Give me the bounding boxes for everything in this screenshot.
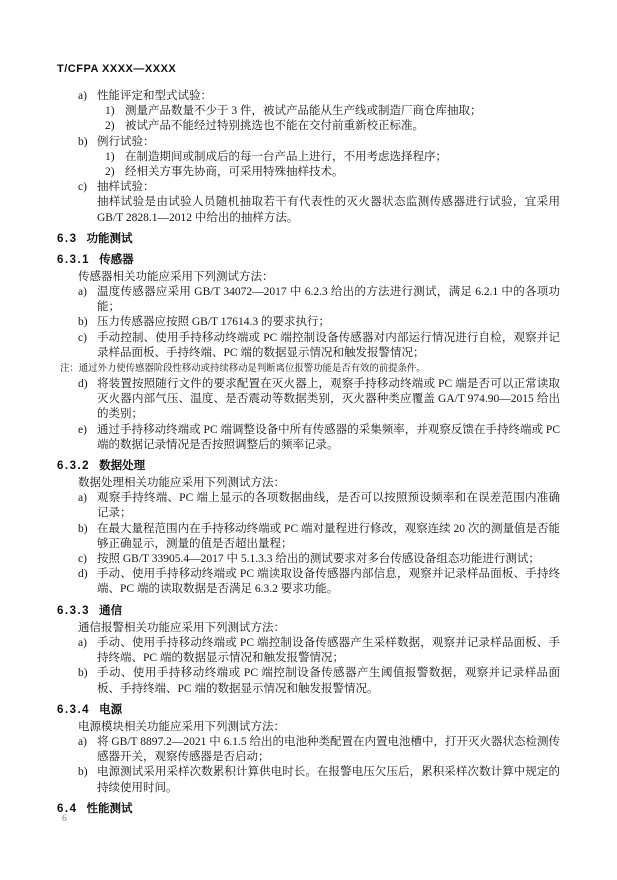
list-text: 手动、使用手持移动终端或 PC 端控制设备传感器产生采样数据，观察并记录样品面板…	[97, 636, 560, 666]
list-marker: d)	[78, 567, 97, 597]
list-marker: b)	[78, 315, 97, 330]
subsection-heading: 6.3.4电源	[57, 702, 560, 718]
section-heading: 6.4性能测试	[57, 801, 560, 817]
list-item: b)例行试验：	[57, 135, 560, 150]
section-heading: 6.3功能测试	[57, 231, 560, 247]
list-text: 通过手持移动终端或 PC 端调整设备中所有传感器的采集频率，并观察反馈在手持终端…	[97, 423, 560, 453]
subsection-heading: 6.3.2数据处理	[57, 458, 560, 474]
list-text: 经相关方事先协商，可采用特殊抽样技术。	[125, 165, 560, 180]
page-number: 6	[62, 814, 67, 824]
list-marker: c)	[78, 180, 97, 195]
list-item: b)电源测试采用采样次数累积计算供电时长。在报警电压欠压后，累积采样次数计算中规…	[57, 765, 560, 795]
list-item: a)手动、使用手持移动终端或 PC 端控制设备传感器产生采样数据，观察并记录样品…	[57, 636, 560, 666]
subsection-heading: 6.3.3通信	[57, 603, 560, 619]
section-title: 通信	[99, 605, 122, 617]
running-header: T/CFPA XXXX—XXXX	[57, 63, 176, 75]
list-item: a)温度传感器应采用 GB/T 34072—2017 中 6.2.3 给出的方法…	[57, 285, 560, 315]
list-text: 压力传感器应按照 GB/T 17614.3 的要求执行；	[97, 315, 560, 330]
list-text: 在制造期间或制成后的每一台产品上进行，不用考虑选择程序；	[125, 150, 560, 165]
list-text: 观察手持终端、PC 端上显示的各项数据曲线，是否可以按照预设频率和在误差范围内准…	[97, 491, 560, 521]
list-text: 手动控制、使用手持移动终端或 PC 端控制设备传感器对内部运行情况进行自检，观察…	[97, 331, 560, 361]
list-marker: b)	[78, 135, 97, 150]
section-number: 6.4	[57, 803, 78, 815]
list-text: 温度传感器应采用 GB/T 34072—2017 中 6.2.3 给出的方法进行…	[97, 285, 560, 315]
sub-list-item: 1)在制造期间或制成后的每一台产品上进行，不用考虑选择程序；	[57, 150, 560, 165]
sub-list-item: 1)测量产品数量不少于 3 件，被试产品能从生产线或制造厂商仓库抽取；	[57, 104, 560, 119]
section-number: 6.3	[57, 233, 78, 245]
list-text: 例行试验：	[97, 135, 560, 150]
list-marker: a)	[78, 636, 97, 666]
list-item: c)手动控制、使用手持移动终端或 PC 端控制设备传感器对内部运行情况进行自检，…	[57, 331, 560, 361]
note: 注：通过外力使传感器阶段性移动或持续移动是判断离位报警功能是否有效的前提条件。	[57, 363, 560, 376]
list-marker: a)	[78, 491, 97, 521]
paragraph-intro: 电源模块相关功能应采用下列测试方法：	[57, 720, 560, 735]
list-marker: a)	[78, 89, 97, 104]
list-item: b)手动、使用手持移动终端或 PC 端控制设备传感器产生阈值报警数据，观察并记录…	[57, 666, 560, 696]
list-item: a)将 GB/T 8897.2—2021 中 6.1.5 给出的电池种类配置在内…	[57, 735, 560, 765]
paragraph-intro: 传感器相关功能应采用下列测试方法：	[57, 270, 560, 285]
list-text: 按照 GB/T 33905.4—2017 中 5.1.3.3 给出的测试要求对多…	[97, 552, 560, 567]
list-marker: c)	[78, 552, 97, 567]
list-marker: c)	[78, 331, 97, 361]
subsection-heading: 6.3.1传感器	[57, 252, 560, 268]
list-text: 电源测试采用采样次数累积计算供电时长。在报警电压欠压后，累积采样次数计算中规定的…	[97, 765, 560, 795]
sub-list-item: 2)被试产品不能经过特别挑选也不能在交付前重新校正标准。	[57, 119, 560, 134]
list-item: d)手动、使用手持移动终端或 PC 端读取设备传感器内部信息，观察并记录样品面板…	[57, 567, 560, 597]
sub-list-item: 2)经相关方事先协商，可采用特殊抽样技术。	[57, 165, 560, 180]
list-text: 被试产品不能经过特别挑选也不能在交付前重新校正标准。	[125, 119, 560, 134]
section-title: 性能测试	[87, 803, 133, 815]
list-text: 手动、使用手持移动终端或 PC 端控制设备传感器产生阈值报警数据，观察并记录样品…	[97, 666, 560, 696]
section-number: 6.3.3	[57, 605, 90, 617]
section-title: 功能测试	[87, 233, 133, 245]
list-marker: b)	[78, 522, 97, 552]
list-item: d)将装置按照随行文件的要求配置在灭火器上，观察手持移动终端或 PC 端是否可以…	[57, 377, 560, 423]
list-marker: 1)	[105, 104, 125, 119]
list-text: 手动、使用手持移动终端或 PC 端读取设备传感器内部信息，观察并记录样品面板、手…	[97, 567, 560, 597]
document-page: T/CFPA XXXX—XXXX a)性能评定和型式试验：1)测量产品数量不少于…	[0, 0, 617, 880]
list-text: 抽样试验：	[97, 180, 560, 195]
list-item: a)观察手持终端、PC 端上显示的各项数据曲线，是否可以按照预设频率和在误差范围…	[57, 491, 560, 521]
section-number: 6.3.1	[57, 254, 90, 266]
list-marker: a)	[78, 285, 97, 315]
list-text: 将 GB/T 8897.2—2021 中 6.1.5 给出的电池种类配置在内置电…	[97, 735, 560, 765]
section-title: 传感器	[99, 254, 134, 266]
list-marker: b)	[78, 666, 97, 696]
list-marker: d)	[78, 377, 97, 423]
continuation-paragraph: 抽样试验是由试验人员随机抽取若干有代表性的灭火器状态监测传感器进行试验，宜采用 …	[57, 195, 560, 225]
list-item: c)抽样试验：	[57, 180, 560, 195]
section-number: 6.3.2	[57, 460, 90, 472]
list-text: 将装置按照随行文件的要求配置在灭火器上，观察手持移动终端或 PC 端是否可以正常…	[97, 377, 560, 423]
paragraph-intro: 数据处理相关功能应采用下列测试方法：	[57, 476, 560, 491]
section-title: 电源	[99, 704, 122, 716]
list-marker: 1)	[105, 150, 125, 165]
list-marker: 2)	[105, 119, 125, 134]
list-text: 性能评定和型式试验：	[97, 89, 560, 104]
paragraph-intro: 通信报警相关功能应采用下列测试方法：	[57, 621, 560, 636]
document-body: a)性能评定和型式试验：1)测量产品数量不少于 3 件，被试产品能从生产线或制造…	[57, 89, 560, 818]
list-marker: e)	[78, 423, 97, 453]
list-item: c)按照 GB/T 33905.4—2017 中 5.1.3.3 给出的测试要求…	[57, 552, 560, 567]
list-marker: b)	[78, 765, 97, 795]
list-item: b)在最大量程范围内在手持移动终端或 PC 端对量程进行修改，观察连续 20 次…	[57, 522, 560, 552]
list-text: 在最大量程范围内在手持移动终端或 PC 端对量程进行修改，观察连续 20 次的测…	[97, 522, 560, 552]
section-number: 6.3.4	[57, 704, 90, 716]
section-title: 数据处理	[99, 460, 145, 472]
list-marker: a)	[78, 735, 97, 765]
list-marker: 2)	[105, 165, 125, 180]
list-item: a)性能评定和型式试验：	[57, 89, 560, 104]
list-item: b)压力传感器应按照 GB/T 17614.3 的要求执行；	[57, 315, 560, 330]
list-text: 测量产品数量不少于 3 件，被试产品能从生产线或制造厂商仓库抽取；	[125, 104, 560, 119]
list-item: e)通过手持移动终端或 PC 端调整设备中所有传感器的采集频率，并观察反馈在手持…	[57, 423, 560, 453]
